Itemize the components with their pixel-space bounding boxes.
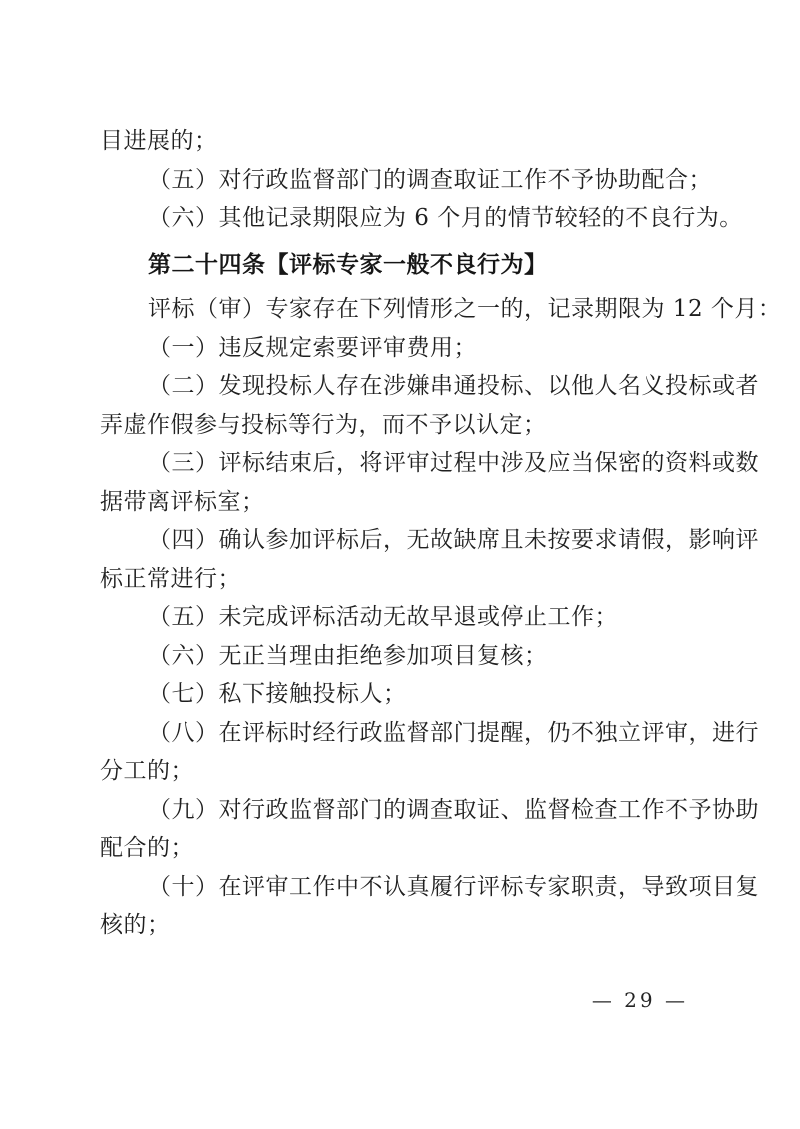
text-line: （三）评标结束后，将评审过程中涉及应当保密的资料或数 [100, 444, 715, 483]
text-line: （九）对行政监督部门的调查取证、监督检查工作不予协助 [100, 791, 715, 830]
text-line: 标正常进行； [100, 560, 715, 599]
text-line: （十）在评审工作中不认真履行评标专家职责，导致项目复 [100, 868, 715, 907]
text-line: 评标（审）专家存在下列情形之一的，记录期限为 12 个月： [100, 290, 715, 329]
text-line: （六）无正当理由拒绝参加项目复核； [100, 637, 715, 676]
text-line: （六）其他记录期限应为 6 个月的情节较轻的不良行为。 [100, 199, 715, 238]
document-page: 目进展的；（五）对行政监督部门的调查取证工作不予协助配合；（六）其他记录期限应为… [0, 0, 800, 1129]
text-line: 目进展的； [100, 122, 715, 161]
text-line: （二）发现投标人存在涉嫌串通投标、以他人名义投标或者 [100, 367, 715, 406]
text-line: 分工的； [100, 752, 715, 791]
text-line: 配合的； [100, 829, 715, 868]
article-heading: 第二十四条【评标专家一般不良行为】 [100, 246, 715, 285]
text-line: （一）违反规定索要评审费用； [100, 329, 715, 368]
text-line: （七）私下接触投标人； [100, 675, 715, 714]
text-line: 核的； [100, 906, 715, 945]
page-number: — 29 — [592, 986, 688, 1014]
text-line: （八）在评标时经行政监督部门提醒，仍不独立评审，进行 [100, 714, 715, 753]
text-line: 据带离评标室； [100, 483, 715, 522]
text-line: 弄虚作假参与投标等行为，而不予以认定； [100, 406, 715, 445]
document-body: 目进展的；（五）对行政监督部门的调查取证工作不予协助配合；（六）其他记录期限应为… [100, 122, 715, 945]
text-line: （五）对行政监督部门的调查取证工作不予协助配合； [100, 161, 715, 200]
text-line: （四）确认参加评标后，无故缺席且未按要求请假，影响评 [100, 521, 715, 560]
text-line: （五）未完成评标活动无故早退或停止工作； [100, 598, 715, 637]
